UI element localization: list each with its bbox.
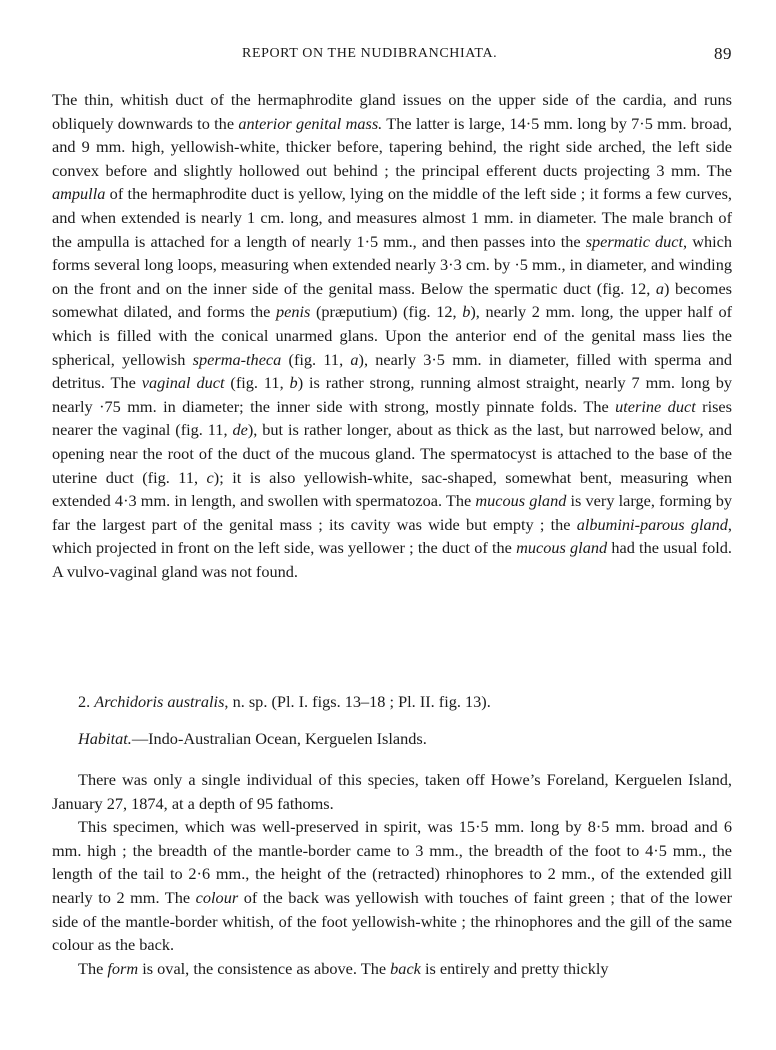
italic-term: ampulla [52, 184, 105, 203]
running-head-title: REPORT ON THE NUDIBRANCHIATA. [242, 46, 497, 62]
species-number: 2. [78, 692, 90, 711]
italic-term: b [290, 373, 298, 392]
species-description-section: There was only a single individual of th… [52, 768, 732, 980]
species-name: Archidoris australis [94, 692, 224, 711]
page-number: 89 [714, 44, 732, 64]
species-plate-references: , n. sp. (Pl. I. figs. 13–18 ; Pl. II. f… [224, 692, 490, 711]
italic-term: penis [276, 302, 310, 321]
paragraph: The form is oval, the consistence as abo… [52, 957, 732, 981]
italic-term: mucous gland [475, 491, 566, 510]
italic-term: albumini-parous gland [577, 515, 728, 534]
italic-term: uterine duct [615, 397, 696, 416]
habitat-text: —Indo-Australian Ocean, Kerguelen Island… [132, 729, 427, 748]
habitat-line: Habitat.—Indo-Australian Ocean, Kerguele… [78, 727, 728, 751]
italic-term: form [107, 959, 138, 978]
italic-term: back [390, 959, 421, 978]
italic-term: a [656, 279, 664, 298]
italic-term: mucous gland [516, 538, 607, 557]
italic-term: a [350, 350, 358, 369]
italic-term: sperma-theca [193, 350, 282, 369]
genital-anatomy-section: The thin, whitish duct of the hermaphrod… [52, 88, 732, 583]
italic-term: de [232, 420, 247, 439]
text-run: There was only a single individual of th… [52, 770, 732, 813]
text-run: is oval, the consistence as above. The [138, 959, 390, 978]
running-head: REPORT ON THE NUDIBRANCHIATA. 89 [52, 46, 732, 68]
paragraph: This specimen, which was well-preserved … [52, 815, 732, 957]
italic-term: anterior genital mass. [238, 114, 382, 133]
text-run: is entirely and pretty thickly [421, 959, 609, 978]
text-run: (fig. 11, [281, 350, 350, 369]
paragraph: There was only a single individual of th… [52, 768, 732, 815]
italic-term: c [207, 468, 214, 487]
habitat-label: Habitat. [78, 729, 132, 748]
species-heading: 2. Archidoris australis, n. sp. (Pl. I. … [78, 690, 728, 714]
text-run: (præputium) (fig. 12, [310, 302, 462, 321]
italic-term: vaginal duct [142, 373, 225, 392]
italic-term: colour [196, 888, 239, 907]
text-run: The [78, 959, 107, 978]
text-run: (fig. 11, [225, 373, 290, 392]
paragraph: The thin, whitish duct of the hermaphrod… [52, 88, 732, 583]
italic-term: spermatic duct [586, 232, 683, 251]
